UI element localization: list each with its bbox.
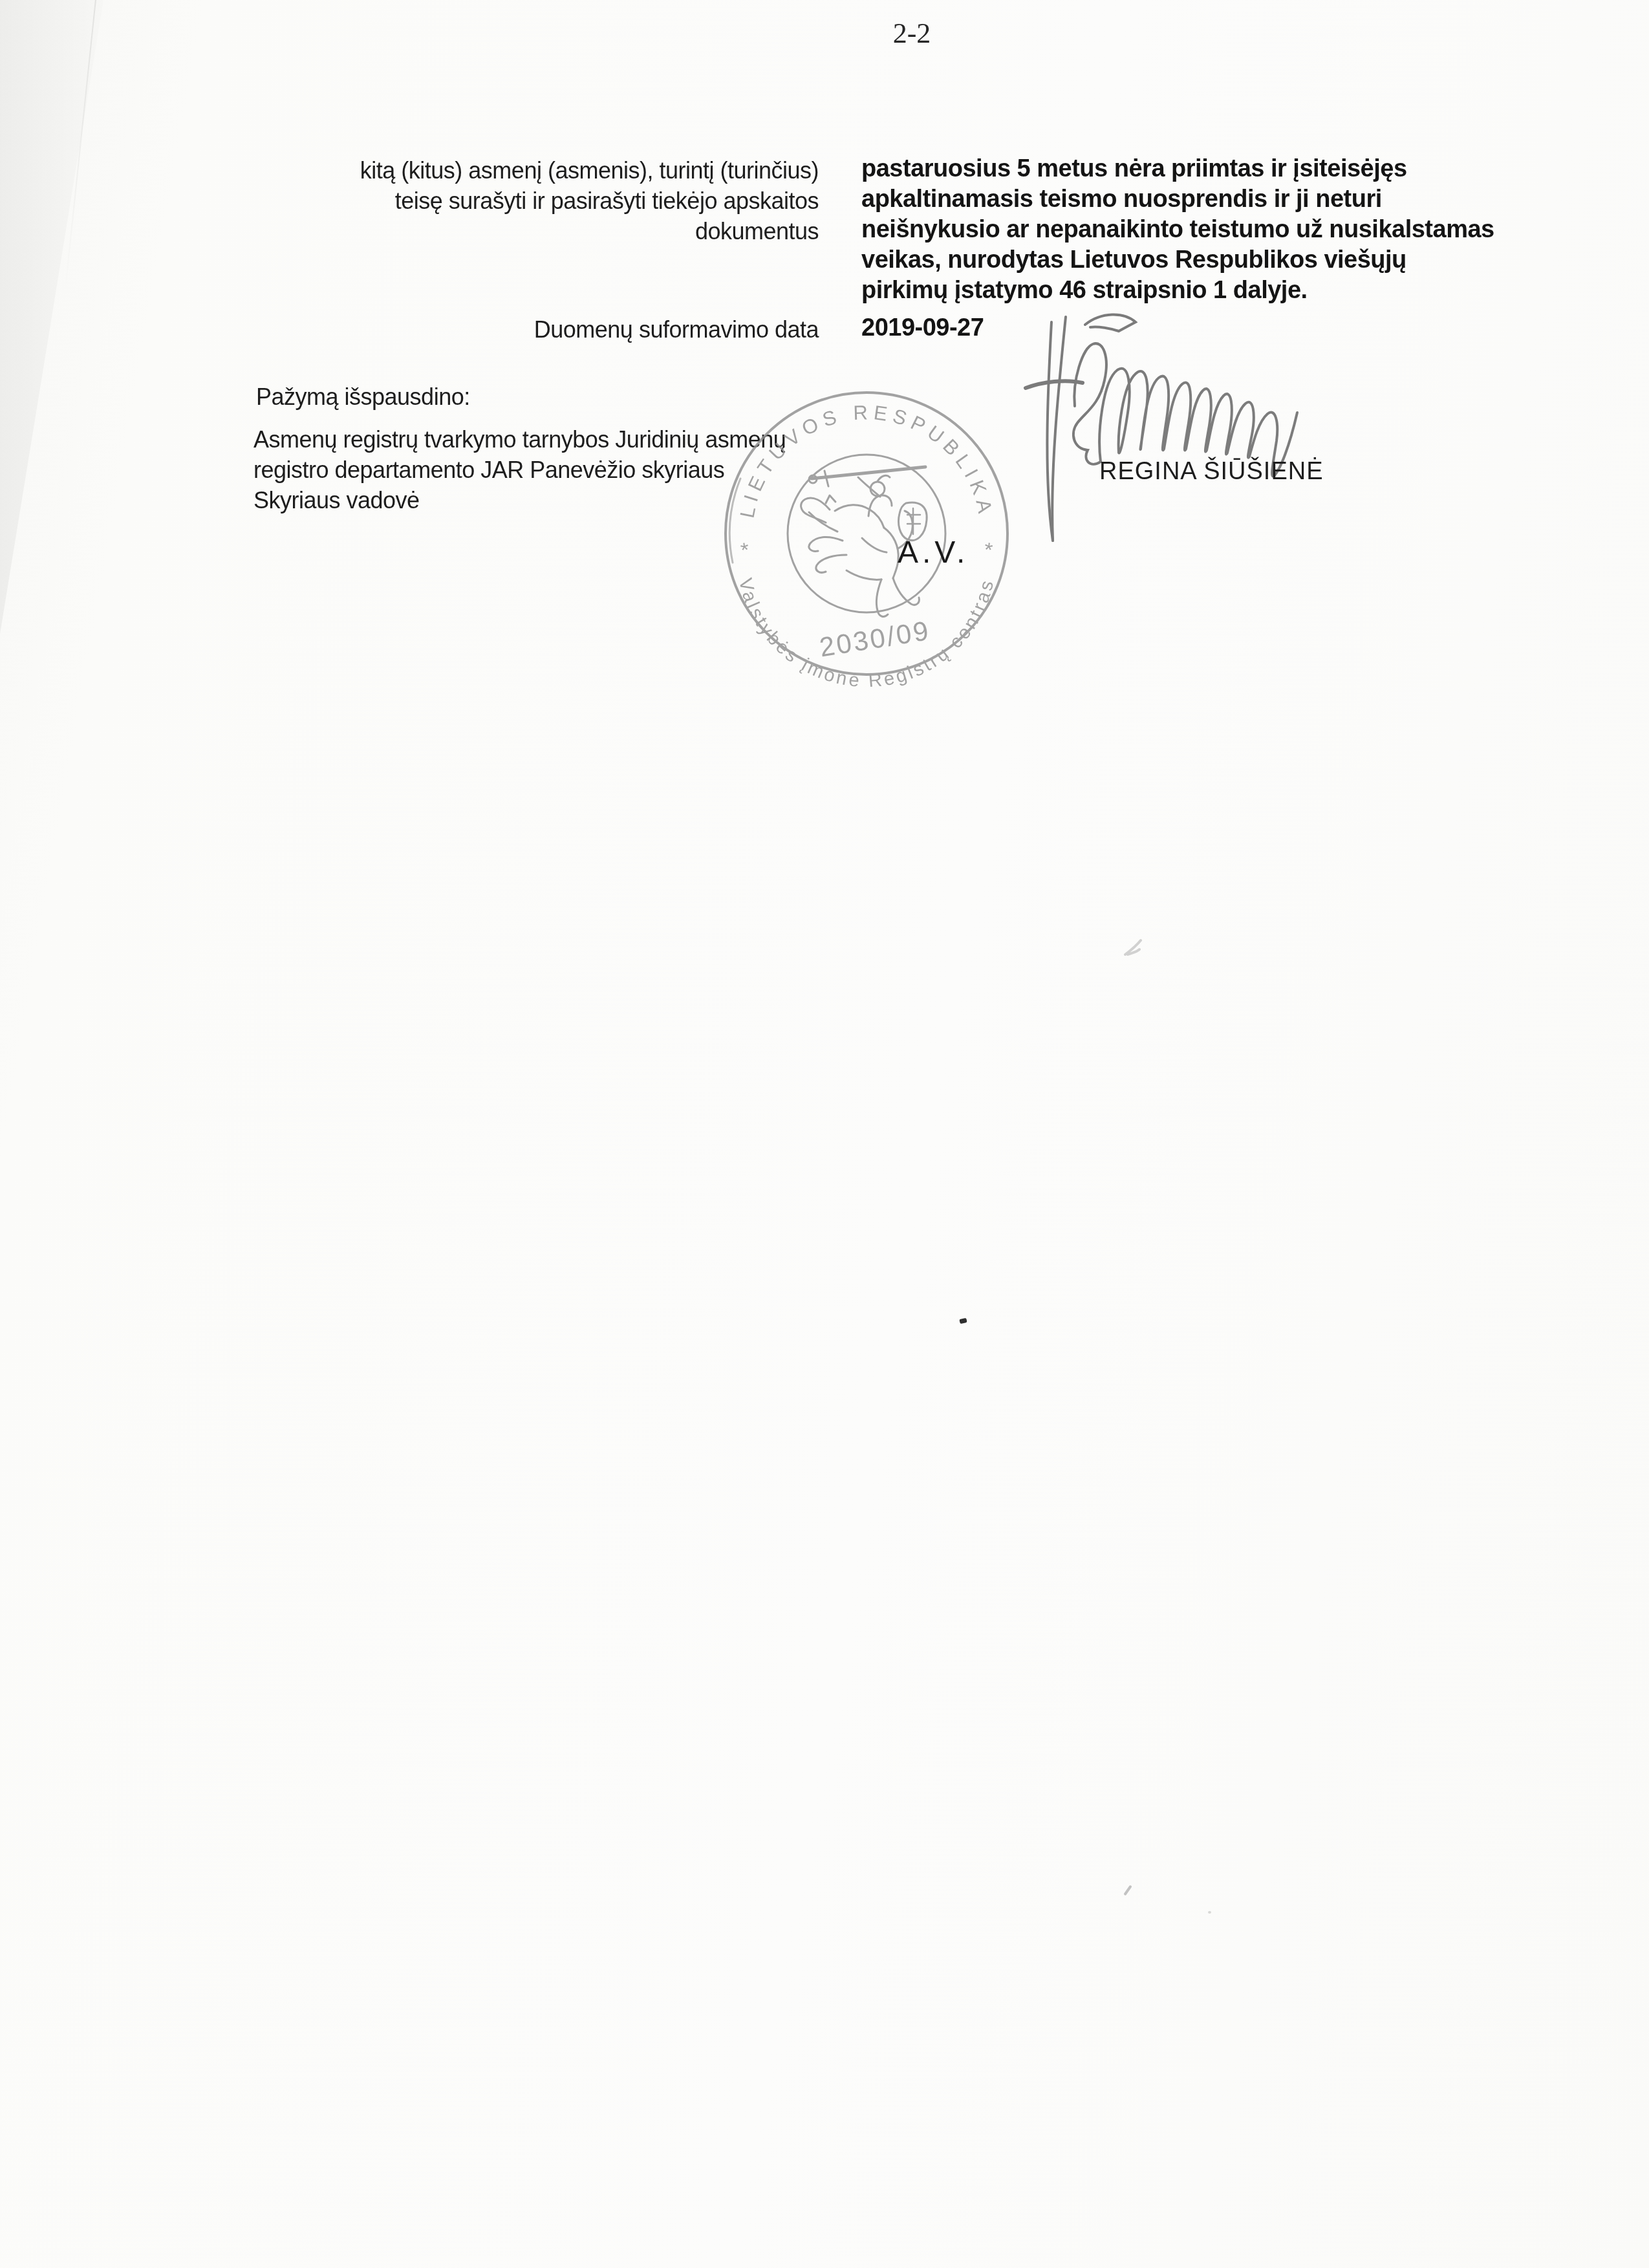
- printed-by-label: Pažymą išspausdino:: [256, 383, 470, 411]
- av-seal-mark: A.V.: [898, 535, 969, 570]
- stamp-right-star: *: [973, 541, 998, 554]
- stamp-number: 2030/09: [817, 615, 932, 662]
- scan-slash-mark: [1123, 1885, 1132, 1895]
- signer-name: REGINA ŠIŪŠIENĖ: [1099, 458, 1324, 486]
- page-number: 2-2: [860, 17, 964, 50]
- signature-strokes: [1026, 314, 1297, 541]
- clause-left-text: kitą (kitus) asmenį (asmenis), turintį (…: [259, 155, 819, 246]
- scan-speck: [959, 1318, 967, 1324]
- date-formed-value: 2019-09-27: [861, 314, 984, 342]
- scan-corner-shade: [0, 0, 129, 647]
- scanned-document-page: 2-2 kitą (kitus) asmenį (asmenis), turin…: [0, 0, 1649, 2268]
- scan-faint-dot: [1208, 1911, 1211, 1914]
- clause-right-text: pastaruosius 5 metus nėra priimtas ir įs…: [861, 154, 1573, 306]
- signature-ink: [1020, 303, 1357, 561]
- stamp-left-star: *: [735, 541, 760, 554]
- date-formed-label: Duomenų suformavimo data: [259, 316, 819, 343]
- official-stamp: LIETUVOS RESPUBLIKA Valstybės įmonė Regi…: [715, 375, 1018, 698]
- pencil-check-mark: [1124, 935, 1159, 961]
- stamp-top-text-curve: LIETUVOS RESPUBLIKA: [735, 401, 997, 520]
